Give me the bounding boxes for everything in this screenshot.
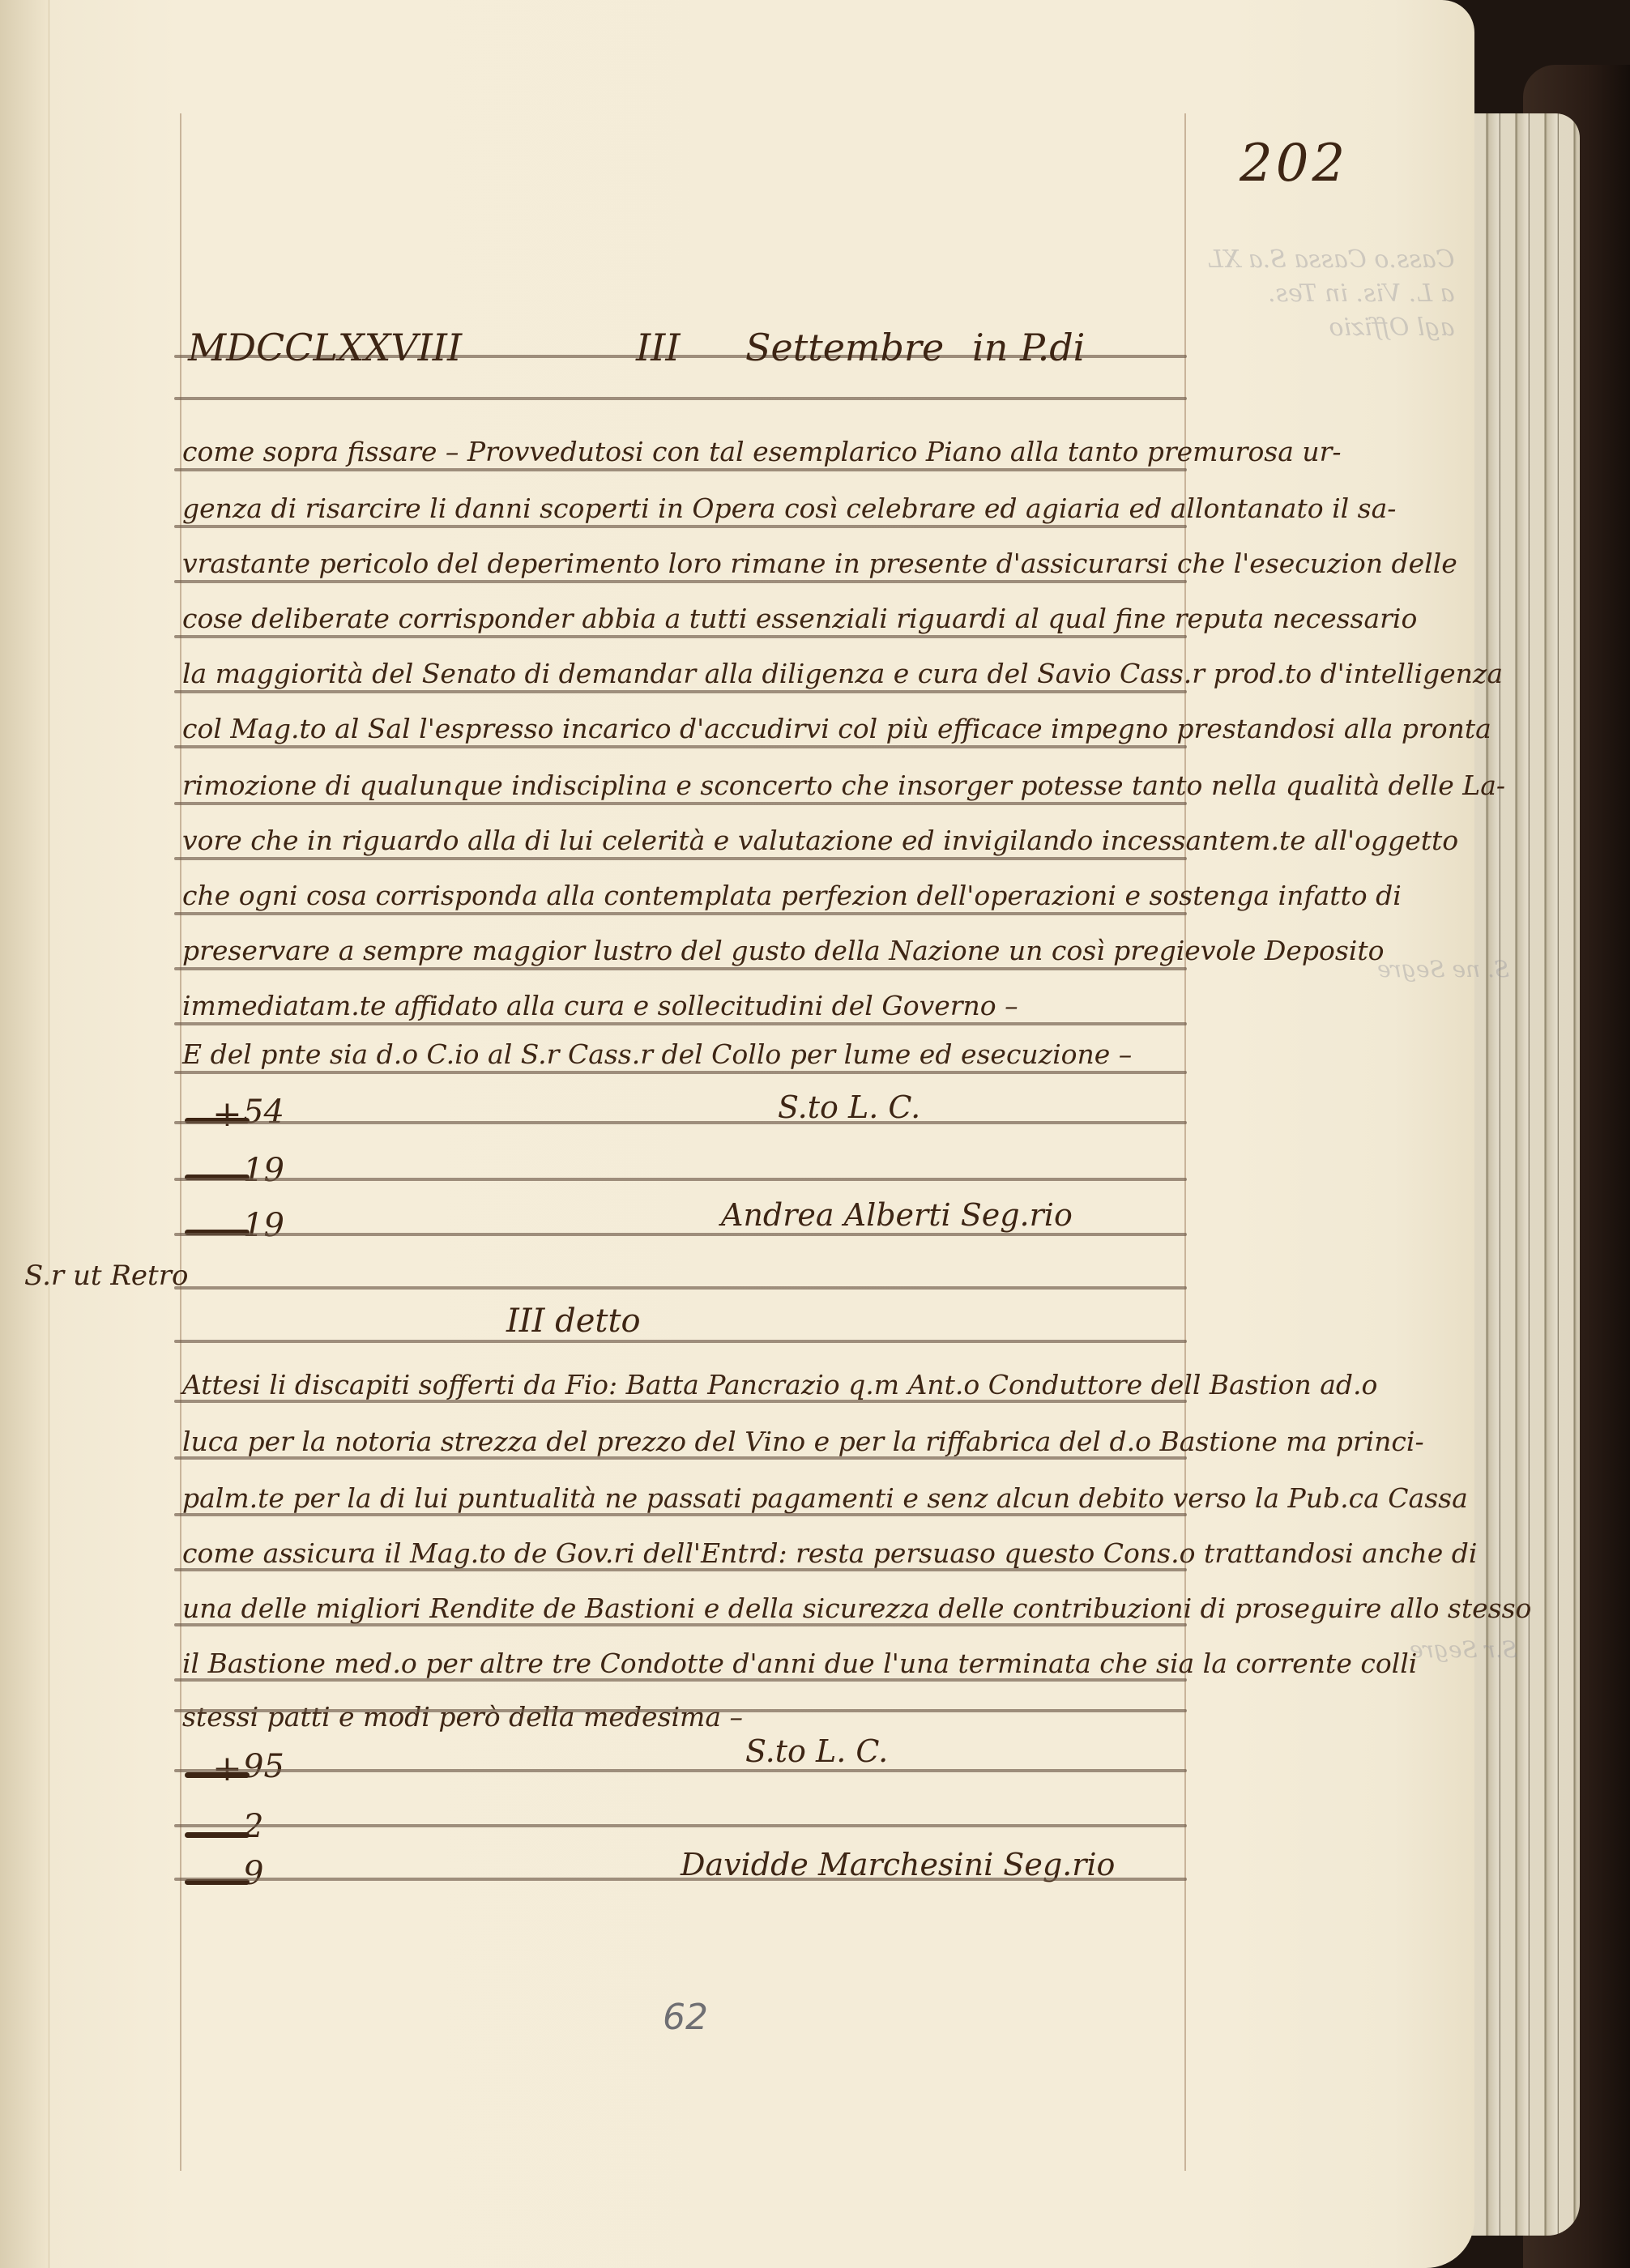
rule xyxy=(174,912,1187,915)
entry-1-line: la maggiorità del Senato di demandar all… xyxy=(182,658,1503,689)
header-year: MDCCLXXVIII xyxy=(188,326,462,369)
right-margin-rule xyxy=(1184,113,1186,2171)
entry-1-attest: S.to L. C. xyxy=(778,1089,920,1125)
rule xyxy=(174,525,1187,528)
rule xyxy=(174,745,1187,748)
header-place: in P.di xyxy=(972,326,1085,369)
bleed-line: Cass.o Cassa S.a XL xyxy=(1207,243,1455,277)
bleed-through-short-1: S. ne Segre xyxy=(1377,956,1509,983)
entry-1-line: genza di risarcire li danni scoperti in … xyxy=(182,492,1396,524)
rule xyxy=(174,1878,1187,1881)
folio-number: 202 xyxy=(1240,134,1348,194)
entry-2-line: luca per la notoria strezza del prezzo d… xyxy=(182,1426,1424,1457)
header-month: Settembre xyxy=(745,326,944,369)
entry-2-attest: S.to L. C. xyxy=(745,1733,888,1769)
rule xyxy=(174,857,1187,860)
entry-1-line: rimozione di qualunque indisciplina e sc… xyxy=(182,769,1505,801)
left-margin-note: S.r ut Retro xyxy=(24,1260,188,1292)
bleed-through-note: Cass.o Cassa S.a XL a L. Vis. in Tes. ag… xyxy=(1207,243,1455,345)
rule xyxy=(174,967,1187,970)
entry-1-line: E del pnte sia d.o C.io al S.r Cass.r de… xyxy=(182,1038,1132,1070)
rule xyxy=(174,1678,1187,1682)
entry-1-signature: Andrea Alberti Seg.rio xyxy=(721,1197,1073,1233)
rule xyxy=(174,1824,1187,1827)
entry-1-line: cose deliberate corrisponder abbia a tut… xyxy=(182,603,1417,634)
pencil-page-number: 62 xyxy=(663,1997,708,2038)
entry-2-line: il Bastione med.o per altre tre Condotte… xyxy=(182,1648,1417,1679)
entry-2-line: come assicura il Mag.to de Gov.ri dell'E… xyxy=(182,1537,1477,1569)
plus-mark-icon: + xyxy=(212,1093,242,1135)
entry-2-votes-yes: 95 xyxy=(243,1748,284,1785)
left-margin-rule xyxy=(180,113,181,2171)
rule xyxy=(174,1071,1187,1074)
rule xyxy=(174,802,1187,805)
bleed-line: agl Offizio xyxy=(1207,311,1455,345)
rule xyxy=(174,690,1187,693)
entry-2-heading: III detto xyxy=(506,1302,641,1340)
entry-1-line: come sopra fissare – Provvedutosi con ta… xyxy=(182,436,1342,467)
entry-1-line: vrastante pericolo del deperimento loro … xyxy=(182,548,1457,579)
rule xyxy=(174,1769,1187,1772)
entry-1-line: vore che in riguardo alla di lui celerit… xyxy=(182,825,1458,856)
rule xyxy=(174,1400,1187,1403)
entry-1-votes-no: 19 xyxy=(243,1152,284,1189)
rule xyxy=(174,468,1187,471)
entry-2-line: stessi patti e modi però della medesima … xyxy=(182,1701,743,1733)
vote-mark-no xyxy=(185,1832,250,1838)
facing-page-edge xyxy=(0,0,49,2268)
rule xyxy=(174,580,1187,583)
rule xyxy=(174,1340,1187,1343)
rule xyxy=(174,1709,1187,1712)
rule xyxy=(174,635,1187,638)
rule xyxy=(174,1178,1187,1181)
entry-1-line: immediatam.te affidato alla cura e solle… xyxy=(182,990,1018,1021)
entry-1-line: che ogni cosa corrisponda alla contempla… xyxy=(182,880,1402,911)
rule xyxy=(174,1286,1187,1290)
entry-2-line: una delle migliori Rendite de Bastioni e… xyxy=(182,1592,1531,1624)
entry-2-line: palm.te per la di lui puntualità ne pass… xyxy=(182,1482,1468,1514)
rule xyxy=(174,1623,1187,1626)
manuscript-page: 202 Cass.o Cassa S.a XL a L. Vis. in Tes… xyxy=(0,0,1474,2268)
rule xyxy=(174,1456,1187,1460)
entry-1-line: preservare a sempre maggior lustro del g… xyxy=(182,935,1385,966)
entry-2-line: Attesi li discapiti sofferti da Fio: Bat… xyxy=(182,1369,1377,1400)
rule xyxy=(174,1121,1187,1124)
rule xyxy=(174,1568,1187,1571)
bleed-through-short-2: S.r Segre xyxy=(1410,1636,1517,1663)
entry-1-line: col Mag.to al Sal l'espresso incarico d'… xyxy=(182,713,1491,744)
entry-1-votes-yes: 54 xyxy=(243,1093,284,1131)
rule xyxy=(174,1022,1187,1025)
entry-2-votes-abstain: 9 xyxy=(243,1855,263,1892)
bleed-line: a L. Vis. in Tes. xyxy=(1207,277,1455,311)
header-day: III xyxy=(636,326,681,369)
entry-1-votes-abstain: 19 xyxy=(243,1207,284,1244)
rule xyxy=(174,397,1187,400)
rule xyxy=(174,1513,1187,1516)
rule xyxy=(174,1233,1187,1236)
